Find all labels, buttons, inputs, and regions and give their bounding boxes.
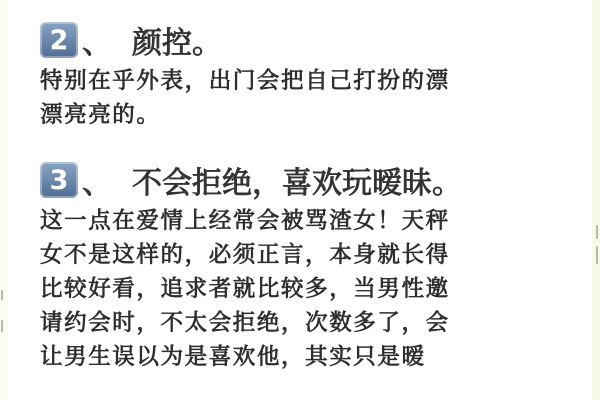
keycap-2-icon: 2 — [40, 22, 78, 58]
heading-separator: 、 — [82, 18, 112, 62]
paragraph-line: 比较好看，追求者就比较多，当男性邀 — [40, 272, 540, 306]
section-2-paragraph: 特别在乎外表，出门会把自己打扮的漂 漂亮亮的。 — [40, 64, 540, 132]
keycap-3-icon: 3 — [40, 162, 78, 198]
paragraph-line: 这一点在爱情上经常会被骂渣女！天秤 — [40, 204, 540, 238]
paragraph-line: 请约会时，不太会拒绝，次数多了，会 — [40, 306, 540, 340]
edge-mark — [596, 246, 598, 264]
heading-separator: 、 — [82, 158, 112, 202]
edge-mark — [1, 290, 3, 300]
heading-title: 不会拒绝，喜欢玩暧昧。 — [132, 158, 462, 202]
section-3-paragraph: 这一点在爱情上经常会被骂渣女！天秤 女不是这样的，必须正言，本身就长得 比较好看… — [40, 204, 540, 374]
section-heading-3: 3 、 不会拒绝，喜欢玩暧昧。 — [40, 158, 462, 202]
heading-title: 颜控。 — [132, 18, 222, 62]
edge-mark — [596, 225, 598, 239]
paragraph-line: 特别在乎外表，出门会把自己打扮的漂 — [40, 64, 540, 98]
paragraph-line: 让男生误以为是喜欢他，其实只是暧 — [40, 340, 540, 374]
section-heading-2: 2 、 颜控。 — [40, 18, 222, 62]
paragraph-line: 女不是这样的，必须正言，本身就长得 — [40, 238, 540, 272]
edge-mark — [1, 320, 3, 332]
page-edge — [592, 0, 600, 400]
paragraph-line: 漂亮亮的。 — [40, 98, 540, 132]
